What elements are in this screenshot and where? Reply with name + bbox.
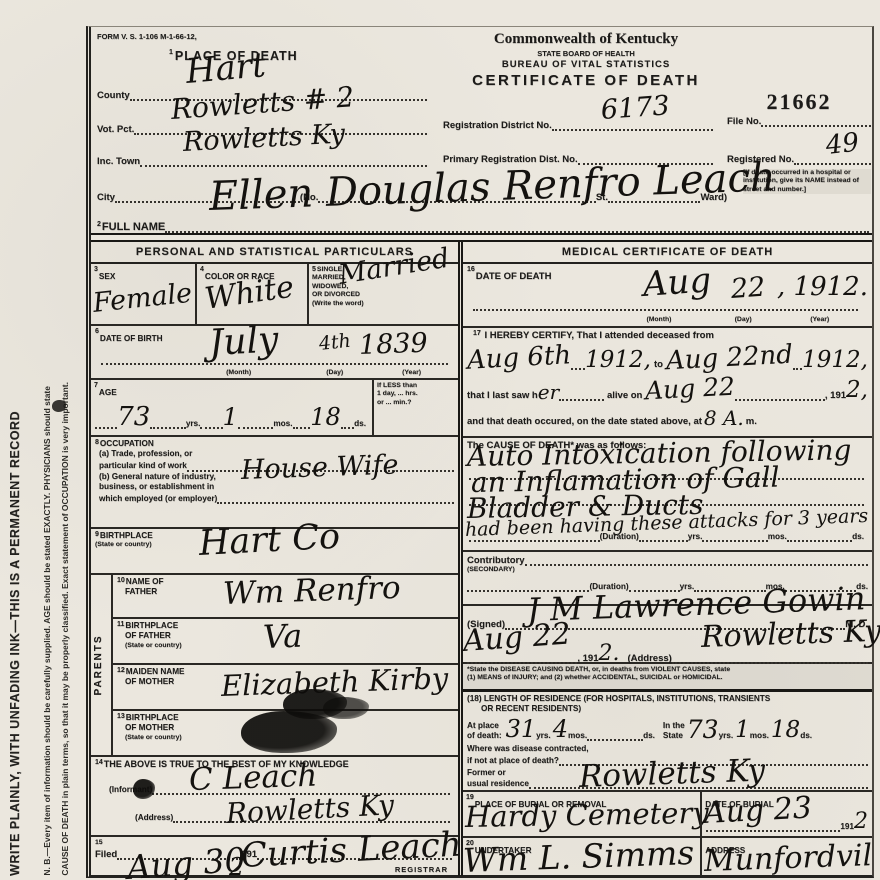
birthplace-row: 9BIRTHPLACE (State or country) Hart Co	[91, 529, 458, 575]
physician-signature-row: (Signed) M. D. J M Lawrence Gowin , 191 …	[463, 606, 872, 664]
file-number-line: File No.	[727, 115, 871, 127]
attended-to-handwritten: Aug 22nd	[665, 344, 793, 374]
former-residence-handwritten: Rowletts Ky	[579, 758, 766, 792]
age-less-than-day-cell: If LESS than 1 day, ... hrs. or ... min.…	[372, 380, 458, 435]
occupation-value-handwritten: House Wife	[241, 454, 399, 484]
residence-state-years-handwritten: 73	[687, 719, 719, 742]
age-main-cell: 7AGE 73 yrs. 1 mos. 18	[91, 380, 372, 435]
dotted-rule	[559, 389, 604, 401]
dod-day-handwritten: 22	[730, 276, 766, 303]
dotted-rule	[293, 417, 311, 429]
attended-from-handwritten: Aug 6th	[466, 344, 571, 373]
parents-section: PARENTS 10NAME OF FATHER Wm Renfro 11BIR…	[91, 575, 458, 757]
bureau-title: BUREAU OF VITAL STATISTICS	[431, 59, 741, 70]
dotted-rule	[587, 729, 643, 741]
personal-particulars-column: PERSONAL AND STATISTICAL PARTICULARS 3SE…	[91, 242, 463, 876]
marital-status-cell: 5SINGLE, MARRIED, WIDOWED, OR DIVORCED (…	[307, 264, 458, 324]
cause-footnote-row: *State the DISEASE CAUSING DEATH, or, in…	[463, 664, 872, 692]
signed-year-digit-handwritten: 2.	[598, 644, 619, 664]
sex-cell: 3SEX Female	[91, 264, 195, 324]
sex-value-handwritten: Female	[92, 282, 194, 317]
certificate-body: FORM V. S. 1-106 M-1-66-12, 1PLACE OF DE…	[86, 26, 874, 878]
residence-state-months-handwritten: 1	[735, 720, 750, 741]
residence-place-months-handwritten: 4	[553, 719, 568, 741]
father-birthplace-handwritten: Va	[262, 622, 302, 652]
age-row: 7AGE 73 yrs. 1 mos. 18	[91, 380, 458, 437]
signed-date-handwritten: Aug 22	[462, 621, 572, 655]
undertaker-address-cell: ADDRESS Munfordville	[700, 838, 872, 876]
dotted-rule	[787, 530, 852, 542]
last-seen-year-handwritten: 2,	[846, 380, 868, 401]
certification-row: 17 I HEREBY CERTIFY, That I attended dec…	[463, 328, 872, 438]
header-divider-rule	[91, 233, 872, 242]
ink-blot	[133, 779, 155, 799]
mother-birthplace-row: 13BIRTHPLACE OF MOTHER (State or country…	[113, 711, 458, 755]
length-of-residence-row: (18) LENGTH OF RESIDENCE (FOR HOSPITALS,…	[463, 692, 872, 792]
board-title: STATE BOARD OF HEALTH	[431, 49, 741, 58]
her-handwritten: er	[538, 383, 559, 401]
inc-town-value-handwritten: Rowletts Ky	[182, 123, 345, 156]
burial-year-digit-handwritten: 2	[854, 812, 868, 832]
registrar-label: REGISTRAR	[395, 865, 448, 874]
dotted-rule	[217, 492, 454, 504]
date-of-burial-handwritten: Aug 23	[704, 794, 813, 827]
dotted-rule	[793, 358, 802, 370]
county-value-handwritten: Hart	[185, 50, 267, 87]
dob-year-handwritten: 1839	[359, 332, 429, 359]
date-of-birth-row: 6DATE OF BIRTH (Month) (Day) (Year) July…	[91, 326, 458, 380]
dotted-rule	[735, 389, 825, 401]
informant-address-handwritten: Rowletts Ky	[225, 792, 394, 826]
cause-of-death-row: The CAUSE OF DEATH* was as follows: Auto…	[463, 438, 872, 552]
file-number-block: 21662 File No.	[727, 89, 871, 127]
dod-captions: (Month) (Day) (Year)	[613, 316, 858, 324]
informant-attestation-row: 14THE ABOVE IS TRUE TO THE BEST OF MY KN…	[91, 757, 458, 837]
scanned-death-certificate: WRITE PLAINLY, WITH UNFADING INK—THIS IS…	[0, 0, 880, 880]
dotted-rule	[341, 417, 354, 429]
date-of-death-row: 16DATE OF DEATH (Month) (Day) (Year) Aug…	[463, 264, 872, 328]
last-seen-date-handwritten: Aug 22	[645, 376, 736, 403]
age-days-handwritten: 18	[310, 407, 341, 429]
registered-number-value-handwritten: 49	[825, 132, 860, 159]
dob-day-handwritten: 4th	[318, 333, 352, 353]
sex-color-marital-row: 3SEX Female 4COLOR OR RACE White 5SINGLE…	[91, 264, 458, 326]
occupation-row: 8OCCUPATION (a) Trade, profession, or pa…	[91, 437, 458, 529]
burial-row: 19PLACE OF BURIAL OR REMOVAL Hardy Cemet…	[463, 792, 872, 838]
margin-bold-instruction: WRITE PLAINLY, WITH UNFADING INK—THIS IS…	[8, 411, 22, 876]
form-number: FORM V. S. 1-106 M-1-66-12,	[97, 32, 197, 41]
undertaker-cell: 20UNDERTAKER Wm L. Simms	[463, 838, 700, 876]
age-years-handwritten: 73	[117, 406, 150, 429]
dotted-rule	[238, 417, 274, 429]
inc-town-line: Inc. Town	[97, 155, 427, 167]
filed-registrar-row: 15 Filed 191 Aug 30 2 Curtis Leach REGIS…	[91, 837, 458, 876]
place-of-burial-handwritten: Hardy Cemetery	[465, 800, 709, 830]
dod-month-handwritten: Aug	[642, 265, 712, 300]
dob-month-handwritten: July	[208, 324, 279, 360]
father-birthplace-row: 11BIRTHPLACE OF FATHER (State or country…	[113, 619, 458, 665]
undertaker-address-handwritten: Munfordville	[704, 841, 872, 875]
full-name-line: 2FULL NAME	[97, 221, 869, 233]
dotted-rule	[761, 115, 871, 127]
place-of-burial-cell: 19PLACE OF BURIAL OR REMOVAL Hardy Cemet…	[463, 792, 700, 836]
informant-value-handwritten: C Leach	[189, 763, 318, 795]
commonwealth-title: Commonwealth of Kentucky	[431, 31, 741, 48]
date-of-burial-cell: DATE OF BURIAL 191 2 Aug 23	[700, 792, 872, 836]
father-name-handwritten: Wm Renfro	[223, 575, 402, 609]
state-titles: Commonwealth of Kentucky STATE BOARD OF …	[431, 31, 741, 89]
father-name-row: 10NAME OF FATHER Wm Renfro	[113, 575, 458, 619]
margin-note-line2: CAUSE OF DEATH in plain terms, so that i…	[60, 382, 70, 876]
dotted-rule	[95, 417, 117, 429]
color-race-cell: 4COLOR OR RACE White	[195, 264, 307, 324]
birthplace-value-handwritten: Hart Co	[198, 522, 341, 561]
medical-certificate-column: MEDICAL CERTIFICATE OF DEATH 16DATE OF D…	[463, 242, 872, 876]
margin-note-line1: N. B.—Every item of information should b…	[42, 386, 52, 876]
mother-maiden-name-row: 12MAIDEN NAME OF MOTHER Elizabeth Kirby	[113, 665, 458, 711]
age-months-handwritten: 1	[223, 407, 238, 429]
color-race-value-handwritten: White	[203, 274, 295, 313]
residence-place-years-handwritten: 31	[506, 719, 537, 741]
registration-district-line: Registration District No.	[443, 119, 713, 131]
death-hour-handwritten: 8 A.	[704, 409, 744, 427]
ink-blot	[241, 711, 337, 753]
residence-state-days-handwritten: 18	[771, 720, 800, 741]
certificate-header: FORM V. S. 1-106 M-1-66-12, 1PLACE OF DE…	[91, 27, 872, 233]
registration-district-value-handwritten: 6173	[600, 94, 670, 123]
dob-captions: (Month) (Day) (Year)	[181, 369, 450, 377]
attended-to-year-handwritten: 1912,	[802, 350, 868, 371]
dotted-rule	[525, 554, 868, 566]
dod-year-handwritten: , 1912.	[777, 276, 868, 299]
parents-vertical-label: PARENTS	[91, 575, 113, 755]
dotted-rule	[200, 417, 222, 429]
physician-address-handwritten: Rowletts Ky	[701, 618, 880, 651]
full-name-value-handwritten: Ellen Douglas Renfro Leach	[208, 159, 776, 215]
dotted-rule	[571, 358, 585, 370]
undertaker-name-handwritten: Wm L. Simms	[463, 838, 695, 876]
attended-from-year-handwritten: 1912,	[585, 350, 651, 371]
undertaker-row: 20UNDERTAKER Wm L. Simms ADDRESS Munford…	[463, 838, 872, 876]
medical-section-title: MEDICAL CERTIFICATE OF DEATH	[463, 242, 872, 264]
dotted-rule	[150, 417, 186, 429]
dotted-rule	[165, 221, 869, 233]
file-number-value: 21662	[727, 89, 871, 115]
certificate-title: CERTIFICATE OF DEATH	[431, 72, 741, 89]
